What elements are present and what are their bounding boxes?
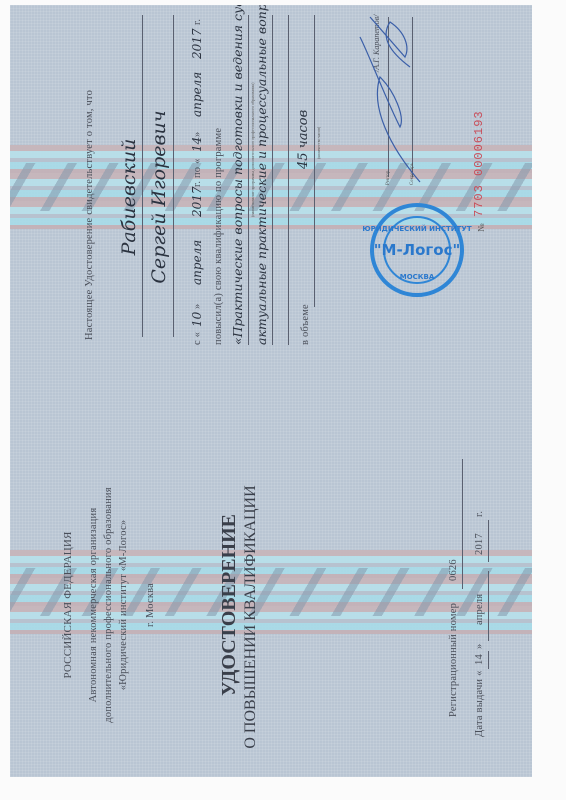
- period-to-suffix: г.: [192, 19, 203, 25]
- period-to-year: 2017: [190, 28, 204, 59]
- issue-day: 14: [474, 654, 485, 665]
- document-subtitle: О ПОВЫШЕНИИ КВАЛИФИКАЦИИ: [242, 485, 260, 748]
- issue-year-underline: [488, 520, 489, 562]
- country-name: РОССИЙСКАЯ ФЕДЕРАЦИЯ: [62, 531, 74, 678]
- holder-surname: Рабиевский: [118, 139, 140, 256]
- given-names-underline: [173, 15, 174, 337]
- volume-label: в объеме: [300, 304, 311, 345]
- volume-underline: [314, 15, 315, 307]
- issue-year: 2017: [474, 533, 485, 555]
- program-underline-2: [272, 15, 273, 345]
- org-line-1: Автономная некоммерческая организация: [88, 508, 99, 703]
- city: г. Москва: [145, 583, 156, 627]
- program-underline-3: [288, 15, 289, 345]
- org-line-2: дополнительного профессионального образо…: [103, 487, 114, 722]
- surname-underline: [142, 15, 143, 337]
- period-to-day: 14: [190, 137, 204, 152]
- signature-icon: [350, 7, 430, 187]
- period-from-quote: »: [192, 304, 203, 309]
- serial-prefix: №: [476, 223, 486, 232]
- improved-qualification-text: повысил(а) свою квалификацию по программ…: [213, 128, 224, 345]
- holder-given-names: Сергей Игоревич: [148, 110, 170, 283]
- issue-month: апреля: [474, 594, 485, 625]
- intro-text: Настоящее Удостоверение свидетельствует …: [84, 90, 95, 340]
- certificate-content: РОССИЙСКАЯ ФЕДЕРАЦИЯ Автономная некоммер…: [10, 5, 532, 777]
- volume-value: 45 часов: [296, 110, 311, 169]
- program-line-1: «Практические вопросы подготовки и веден…: [230, 5, 245, 345]
- issue-quote: »: [474, 644, 485, 649]
- stamp-center-text: "М-Логос": [374, 241, 461, 259]
- stamp-ring-text: ЮРИДИЧЕСКИЙ ИНСТИТУТ: [362, 225, 471, 233]
- program-line-2: актуальные практические и процессуальные…: [254, 5, 269, 345]
- period-from-year: 2017: [190, 186, 204, 217]
- period-to-prefix: г. по «: [192, 158, 203, 187]
- org-line-3: «Юридический институт «М-Логос»: [118, 520, 129, 691]
- serial-number: 7703 00006193: [472, 110, 486, 217]
- issue-day-underline: [488, 651, 489, 669]
- document-title: УДОСТОВЕРЕНИЕ: [218, 514, 241, 696]
- period-from-day: 10: [190, 312, 204, 327]
- issue-month-underline: [488, 571, 489, 641]
- reg-number: 0626: [448, 559, 459, 581]
- period-from-month: апреля: [190, 240, 204, 285]
- volume-caption: (количество часов): [316, 127, 321, 159]
- program-underline-1: [248, 15, 249, 345]
- issue-date-label: Дата выдачи «: [474, 670, 485, 737]
- issue-year-suffix: г.: [474, 511, 485, 517]
- period-to-month: апреля: [190, 72, 204, 117]
- certificate-sheet: РОССИЙСКАЯ ФЕДЕРАЦИЯ Автономная некоммер…: [10, 5, 532, 777]
- period-to-quote: »: [192, 132, 203, 137]
- reg-number-underline: [462, 459, 463, 589]
- period-from-prefix: с «: [192, 332, 203, 345]
- stamp-city-text: МОСКВА: [400, 273, 435, 281]
- reg-number-label: Регистрационный номер: [448, 603, 459, 717]
- institute-stamp: ЮРИДИЧЕСКИЙ ИНСТИТУТ "М-Логос" МОСКВА: [370, 203, 464, 297]
